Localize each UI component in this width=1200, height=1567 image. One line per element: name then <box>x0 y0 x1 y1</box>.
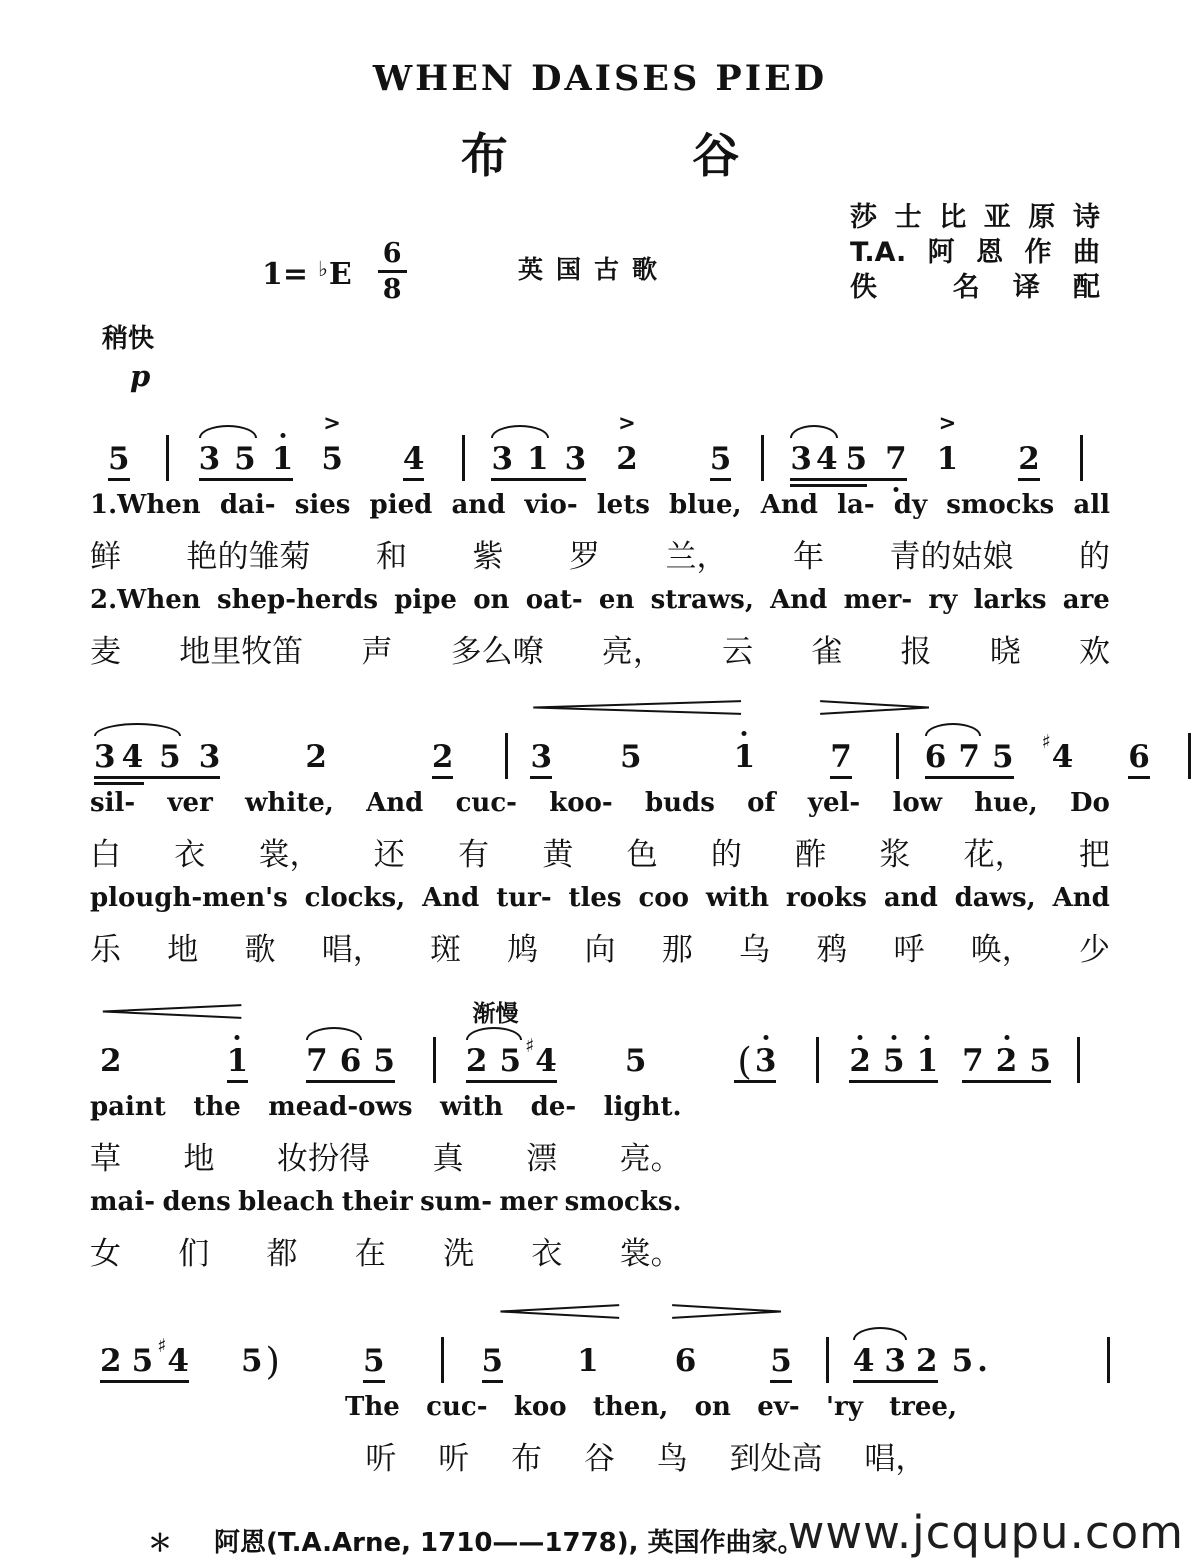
note-digit: 5 <box>1029 1046 1051 1077</box>
slur <box>790 425 838 438</box>
note: 3 <box>565 444 587 475</box>
note-digit: 3 <box>199 742 221 773</box>
note-digit: 4 <box>1052 742 1074 773</box>
lyric-word: mer- <box>844 585 913 615</box>
note: 2 <box>849 1046 871 1077</box>
lyric-word: blue, <box>669 490 742 520</box>
barline <box>1080 435 1083 481</box>
lyric-word: larks <box>973 585 1046 615</box>
lyric-word: 唱， <box>864 1433 926 1478</box>
note: ♯4 <box>1042 742 1074 779</box>
note: (3 <box>734 1046 776 1083</box>
lyric-word: 紫 <box>473 531 504 576</box>
lyric-word: 裳， <box>259 829 321 874</box>
note: 1 <box>527 444 549 475</box>
octave-dot-high <box>235 1035 240 1040</box>
time-signature-numerator: 6 <box>378 240 407 273</box>
lyric-word: 女 <box>90 1228 121 1273</box>
lyric-word: 漂 <box>526 1133 557 1178</box>
lyric-word: de- <box>531 1092 577 1122</box>
lyric-word: 兰， <box>666 531 728 576</box>
lyric-word: 少 <box>1079 924 1110 969</box>
note: 3 <box>790 444 812 475</box>
note-digit: 2 <box>849 1046 871 1077</box>
note: 5 <box>234 444 256 475</box>
lyric-word: low <box>892 788 942 818</box>
lyric-word: mead-ows <box>268 1092 412 1122</box>
note-digit: 7 <box>306 1046 328 1077</box>
note: 5 <box>625 1046 647 1083</box>
lyric-word: white, <box>245 788 334 818</box>
note: 1 <box>272 444 294 475</box>
note-digit: 2 <box>305 742 327 773</box>
time-signature: 68 <box>378 240 407 303</box>
lyric-word: 声 <box>361 626 392 671</box>
lyric-word: shep-herds <box>217 585 378 615</box>
note-digit: 5 <box>499 1046 521 1077</box>
lyric-word: 1.When <box>90 490 201 520</box>
note: ♯4 <box>525 1046 557 1077</box>
barline <box>433 1037 436 1083</box>
cresc-hairpin <box>100 1004 243 1019</box>
tempo-marking: 稍快 <box>102 318 1110 355</box>
barline <box>896 733 899 779</box>
lyric-word: 地 <box>167 924 198 969</box>
lyric-word: 色 <box>627 829 658 874</box>
lyric-word: 妆扮得 <box>277 1133 370 1178</box>
octave-dot-low <box>893 487 898 492</box>
note: 7 <box>830 742 852 779</box>
lyric-word: lets <box>597 490 650 520</box>
lyric-word: la- <box>837 490 875 520</box>
note-digit: 2 <box>100 1346 122 1377</box>
note-digit: 6 <box>1128 742 1150 773</box>
note-group: 25♯4 <box>100 1346 189 1383</box>
lyric-word: koo <box>514 1392 567 1422</box>
note-digit: 1 <box>227 1046 249 1077</box>
lyric-word: plough-men's <box>90 883 288 913</box>
note-digit: 5 <box>625 1046 647 1077</box>
lyric-word: 到处高 <box>730 1433 823 1478</box>
lyric-word: paint <box>90 1092 166 1122</box>
lyric-word: 向 <box>585 924 616 969</box>
note-digit: 7 <box>830 742 852 773</box>
note-digit: 4 <box>853 1346 875 1377</box>
note-digit: 1 <box>577 1346 599 1377</box>
note-digit: 3 <box>491 444 513 475</box>
title-chinese: 布 谷 <box>90 119 1110 186</box>
lyric-word: dy <box>894 490 927 520</box>
credits: 莎士比亚原诗 T.A.阿恩作曲 佚 名译配 <box>850 200 1100 305</box>
lyric-word: 那 <box>662 924 693 969</box>
dynamic-marking: p <box>130 359 1110 393</box>
lyric-word: with <box>706 883 769 913</box>
note-digit: 4 <box>122 742 144 773</box>
lyric-word: hue, <box>974 788 1037 818</box>
lyric-word: sum- <box>420 1187 492 1217</box>
accent-mark: > <box>323 413 341 434</box>
note-digit: 5 <box>770 1346 792 1377</box>
lyric-word: yel- <box>808 788 860 818</box>
note-digit: 2 <box>916 1346 938 1377</box>
octave-dot-high <box>891 1035 896 1040</box>
lyric-word: the <box>193 1092 240 1122</box>
lyric-word: Do <box>1070 788 1110 818</box>
lyric-word: their <box>342 1187 413 1217</box>
note: 7 <box>306 1046 328 1077</box>
note: 7 <box>885 444 907 475</box>
note-digit: 1 <box>917 1046 939 1077</box>
footnote-text: 阿恩(T.A.Arne, 1710——1778), 英国作曲家。 <box>214 1522 804 1559</box>
note-digit: 3 <box>565 444 587 475</box>
lyric-word: And <box>422 883 479 913</box>
note-group: 313 <box>491 444 586 481</box>
lyric-word: 衣 <box>174 829 205 874</box>
note-digit: 3 <box>755 1046 777 1077</box>
note: 6 <box>340 1046 362 1077</box>
note: 4 <box>853 1346 875 1377</box>
lyric-word: 年 <box>793 531 824 576</box>
note: 5> <box>321 444 343 481</box>
lyrics-row: 鲜艳的雏菊和紫罗兰，年青的姑娘的 <box>90 531 1110 576</box>
lyric-word: 的 <box>1079 531 1110 576</box>
lyric-word: are <box>1063 585 1110 615</box>
note-digit: 7 <box>885 444 907 475</box>
note-digit: 5 <box>992 742 1014 773</box>
lyric-word: clocks, <box>305 883 406 913</box>
lyric-word: dai- <box>220 490 276 520</box>
lyric-word: 晓 <box>990 626 1021 671</box>
lyric-word: tree, <box>889 1392 957 1422</box>
note-group: 251 <box>849 1046 938 1083</box>
lyric-word: and <box>451 490 505 520</box>
note: 6 <box>675 1346 697 1383</box>
note: 3 <box>530 742 552 779</box>
lyric-word: 真 <box>433 1133 464 1178</box>
octave-dot-high <box>925 1035 930 1040</box>
title-english: WHEN DAISES PIED <box>90 58 1110 99</box>
note: 5 <box>710 444 732 481</box>
lyric-word: 艳的雏菊 <box>187 531 311 576</box>
note-digit: 5 <box>159 742 181 773</box>
note: 4 <box>122 742 144 773</box>
lyrics-row: 听听布谷鸟到处高唱， <box>365 1433 926 1478</box>
note: ♯4 <box>157 1346 189 1377</box>
lyric-word: 衣 <box>531 1228 562 1273</box>
lyrics-row: 麦地里牧笛声多么嘹亮，云雀报晓欢 <box>90 626 1110 671</box>
note: 2 <box>916 1346 938 1377</box>
barline <box>462 435 465 481</box>
lyric-word: tur- <box>496 883 551 913</box>
sheet-music-page: WHEN DAISES PIED 布 谷 1=♭E68 英国古歌 莎士比亚原诗 … <box>0 0 1200 1567</box>
lyric-word: 的 <box>711 829 742 874</box>
lyrics-row: sil-verwhite,Andcuc-koo-budsofyel-lowhue… <box>90 788 1110 818</box>
note-group: 725 <box>962 1046 1051 1083</box>
note: 3 <box>199 444 221 475</box>
decresc-hairpin <box>671 1304 783 1319</box>
lyric-word: 白 <box>90 829 121 874</box>
lyric-word: then, <box>593 1392 668 1422</box>
sharp-sign: ♯ <box>525 1037 534 1056</box>
lyric-word: koo- <box>549 788 613 818</box>
music-line: 3453223517675♯46 <box>90 727 1110 779</box>
flat-sign: ♭ <box>318 256 328 281</box>
barline <box>166 435 169 481</box>
lyric-word: light. <box>604 1092 682 1122</box>
note-group: 675 <box>925 742 1014 779</box>
lyric-word: daws, <box>955 883 1036 913</box>
note: 6 <box>1128 742 1150 779</box>
note: 5 <box>499 1046 521 1077</box>
lyrics-row: plough-men'sclocks,Andtur-tlescoowithroo… <box>90 883 1110 913</box>
credit-lyricist: 莎士比亚原诗 <box>850 200 1100 235</box>
lyric-word: ev- <box>757 1392 799 1422</box>
lyric-word: dens <box>162 1187 230 1217</box>
note-group: 351 <box>199 444 294 481</box>
lyrics-block: sil-verwhite,Andcuc-koo-budsofyel-lowhue… <box>90 788 1110 969</box>
note: 5 <box>482 1346 504 1383</box>
lyric-word: buds <box>645 788 715 818</box>
note-digit: 1> <box>937 444 959 475</box>
note-digit: 5 <box>952 1346 974 1377</box>
slur <box>853 1327 907 1340</box>
note: 5 <box>363 1346 385 1383</box>
note-digit: 5 <box>234 444 256 475</box>
lyric-word: And <box>761 490 818 520</box>
slur <box>94 723 181 736</box>
note: 5 <box>992 742 1014 773</box>
lyric-word: vio- <box>525 490 578 520</box>
meta-row: 1=♭E68 英国古歌 莎士比亚原诗 T.A.阿恩作曲 佚 名译配 <box>90 200 1110 318</box>
note-digit: 2 <box>466 1046 488 1077</box>
note: 1> <box>937 444 959 481</box>
note-digit: 4 <box>816 444 838 475</box>
note: 5 <box>132 1346 154 1377</box>
note: 2> <box>616 444 638 481</box>
note: 3 <box>199 742 221 773</box>
note: 5. <box>952 1346 988 1383</box>
score: 53515>43132>534571>21.Whendai-siespiedan… <box>90 429 1110 1478</box>
lyrics-row: 女们都在洗衣裳。 <box>90 1228 682 1273</box>
note: 2 <box>466 1046 488 1077</box>
lyric-word: oat- <box>526 585 583 615</box>
lyric-word: 酢 <box>795 829 826 874</box>
slur <box>199 425 257 438</box>
lyric-word: of <box>747 788 776 818</box>
lyric-word: 和 <box>376 531 407 576</box>
lyric-word: 亮。 <box>620 1133 682 1178</box>
lyric-word: 2.When <box>90 585 201 615</box>
barline <box>505 733 508 779</box>
note: 1 <box>227 1046 249 1083</box>
octave-dot-high <box>763 1035 768 1040</box>
note-digit: 5 <box>132 1346 154 1377</box>
lyric-word: 听 <box>438 1433 469 1478</box>
lyric-word: straws, <box>651 585 754 615</box>
lyrics-block: Thecuc-koothen,onev-'rytree,听听布谷鸟到处高唱， <box>90 1392 1110 1478</box>
lyric-word: 在 <box>355 1228 386 1273</box>
note: 5 <box>846 444 868 475</box>
lyric-word: sies <box>295 490 351 520</box>
lyrics-row: 乐地歌唱，斑鸠向那乌鸦呼唤，少 <box>90 924 1110 969</box>
lyric-word: all <box>1073 490 1110 520</box>
credit-composer: T.A.阿恩作曲 <box>850 235 1100 270</box>
note-digit: 5 <box>373 1046 395 1077</box>
genre-label: 英国古歌 <box>518 250 670 286</box>
octave-dot-high <box>1004 1035 1009 1040</box>
note: 5) <box>241 1346 283 1383</box>
lyric-word: rooks <box>786 883 867 913</box>
lyric-word: with <box>440 1092 503 1122</box>
note-digit: 3 <box>94 742 116 773</box>
music-line: 53515>43132>534571>2 <box>90 429 1110 481</box>
note-group: 432 <box>853 1346 938 1383</box>
lyric-word: 把 <box>1079 829 1110 874</box>
note-digit: 7 <box>958 742 980 773</box>
note-digit: 6 <box>675 1346 697 1377</box>
lyric-word: 麦 <box>90 626 121 671</box>
note-digit: 5 <box>108 444 130 475</box>
note: 5 <box>883 1046 905 1077</box>
note: 2 <box>100 1046 122 1083</box>
tempo-change-label: 渐慢 <box>473 995 519 1028</box>
note: 5 <box>108 444 130 481</box>
credit-translator: 佚 名译配 <box>850 270 1100 305</box>
lyric-word: 鸟 <box>657 1433 688 1478</box>
note-digit: 5 <box>482 1346 504 1377</box>
octave-dot-high <box>280 433 285 438</box>
note: 2 <box>305 742 327 779</box>
note-digit: 3 <box>790 444 812 475</box>
close-paren: ) <box>266 1346 280 1377</box>
note-digit: 2 <box>996 1046 1018 1077</box>
note-digit: 3 <box>199 444 221 475</box>
note: 5 <box>373 1046 395 1077</box>
note-digit: 3 <box>884 1346 906 1377</box>
decresc-hairpin <box>819 700 931 715</box>
note-digit: 6 <box>925 742 947 773</box>
lyric-word: 青的姑娘 <box>890 531 1014 576</box>
lyric-word: tles <box>569 883 622 913</box>
lyrics-block: paintthemead-owswithde-light.草地妆扮得真漂亮。ma… <box>90 1092 1110 1273</box>
lyric-word: smocks <box>946 490 1054 520</box>
lyric-word: 洗 <box>443 1228 474 1273</box>
lyric-word: 草 <box>90 1133 121 1178</box>
note-digit: 2 <box>1018 444 1040 475</box>
note-digit: 4 <box>535 1046 557 1077</box>
slur <box>466 1027 522 1040</box>
lyric-word: 谷 <box>584 1433 615 1478</box>
note: 3 <box>94 742 116 773</box>
note-digit: 4 <box>167 1346 189 1377</box>
lyric-word: 鲜 <box>90 531 121 576</box>
lyric-word: 鸠 <box>507 924 538 969</box>
music-line: 渐慢2176525♯45(3251725 <box>90 1031 1110 1083</box>
note-digit: 5 <box>710 444 732 475</box>
lyrics-block: 1.Whendai-siespiedandvio-letsblue,Andla-… <box>90 490 1110 671</box>
lyric-word: ry <box>928 585 957 615</box>
barline <box>1188 733 1191 779</box>
lyric-word: 云 <box>722 626 753 671</box>
note: 5 <box>159 742 181 773</box>
lyric-word: 报 <box>901 626 932 671</box>
note-digit: 1 <box>272 444 294 475</box>
note: 5 <box>1029 1046 1051 1077</box>
note-group: 765 <box>306 1046 395 1083</box>
key-prefix: 1= <box>262 257 308 292</box>
note: 2 <box>1018 444 1040 481</box>
note: 1 <box>577 1346 599 1383</box>
note: 2 <box>432 742 454 779</box>
lyric-word: And <box>770 585 827 615</box>
lyric-word: en <box>599 585 634 615</box>
watermark-url: www.jcqupu.com <box>788 1506 1184 1559</box>
lyric-word: 有 <box>458 829 489 874</box>
note-digit: 2> <box>616 444 638 475</box>
lyric-word: ver <box>167 788 212 818</box>
note-digit: 5 <box>363 1346 385 1377</box>
lyric-word: 罗 <box>569 531 600 576</box>
note: 4 <box>403 444 425 481</box>
note-digit: 5 <box>620 742 642 773</box>
lyric-word: 唱， <box>322 924 384 969</box>
lyric-word: 斑 <box>430 924 461 969</box>
key-signature: 1=♭E68 <box>262 240 407 303</box>
note: 3 <box>884 1346 906 1377</box>
lyric-word: smocks. <box>565 1187 682 1217</box>
note-group: 3457 <box>790 444 906 481</box>
note: 4 <box>816 444 838 475</box>
lyric-word: And <box>1053 883 1110 913</box>
cresc-hairpin <box>529 700 743 715</box>
note: 2 <box>996 1046 1018 1077</box>
lyric-word: 都 <box>267 1228 298 1273</box>
note-digit: 5> <box>321 444 343 475</box>
music-line: 25♯45)551654325. <box>90 1331 1110 1383</box>
note-digit: 5 <box>883 1046 905 1077</box>
accent-mark: > <box>618 413 636 434</box>
lyric-word: And <box>366 788 423 818</box>
footnote-asterisk: ＊ <box>148 1523 172 1558</box>
lyrics-row: paintthemead-owswithde-light. <box>90 1092 682 1122</box>
lyric-word: 欢 <box>1079 626 1110 671</box>
note: 6 <box>925 742 947 773</box>
lyric-word: 歌 <box>245 924 276 969</box>
augmentation-dot: . <box>977 1346 988 1377</box>
barline <box>761 435 764 481</box>
lyric-word: 呼 <box>894 924 925 969</box>
lyric-word: 黄 <box>542 829 573 874</box>
lyrics-row: 白衣裳，还有黄色的酢浆花，把 <box>90 829 1110 874</box>
note-group: 3453 <box>94 742 220 779</box>
note-group: 25♯4 <box>466 1046 557 1083</box>
lyric-word: 花， <box>964 829 1026 874</box>
lyrics-row: 1.Whendai-siespiedandvio-letsblue,Andla-… <box>90 490 1110 520</box>
lyric-word: on <box>695 1392 731 1422</box>
lyric-word: 唤， <box>971 924 1033 969</box>
note-digit: 6 <box>340 1046 362 1077</box>
lyric-word: The <box>345 1392 400 1422</box>
note-digit: 2 <box>100 1046 122 1077</box>
slur <box>306 1027 362 1040</box>
lyric-word: sil- <box>90 788 135 818</box>
lyric-word: 多么嘹 <box>451 626 544 671</box>
time-signature-denominator: 8 <box>378 273 407 303</box>
note: 2 <box>100 1346 122 1377</box>
note-digit: 1 <box>734 742 756 773</box>
lyrics-row: 2.Whenshep-herdspipeonoat-enstraws,Andme… <box>90 585 1110 615</box>
lyric-word: coo <box>638 883 689 913</box>
